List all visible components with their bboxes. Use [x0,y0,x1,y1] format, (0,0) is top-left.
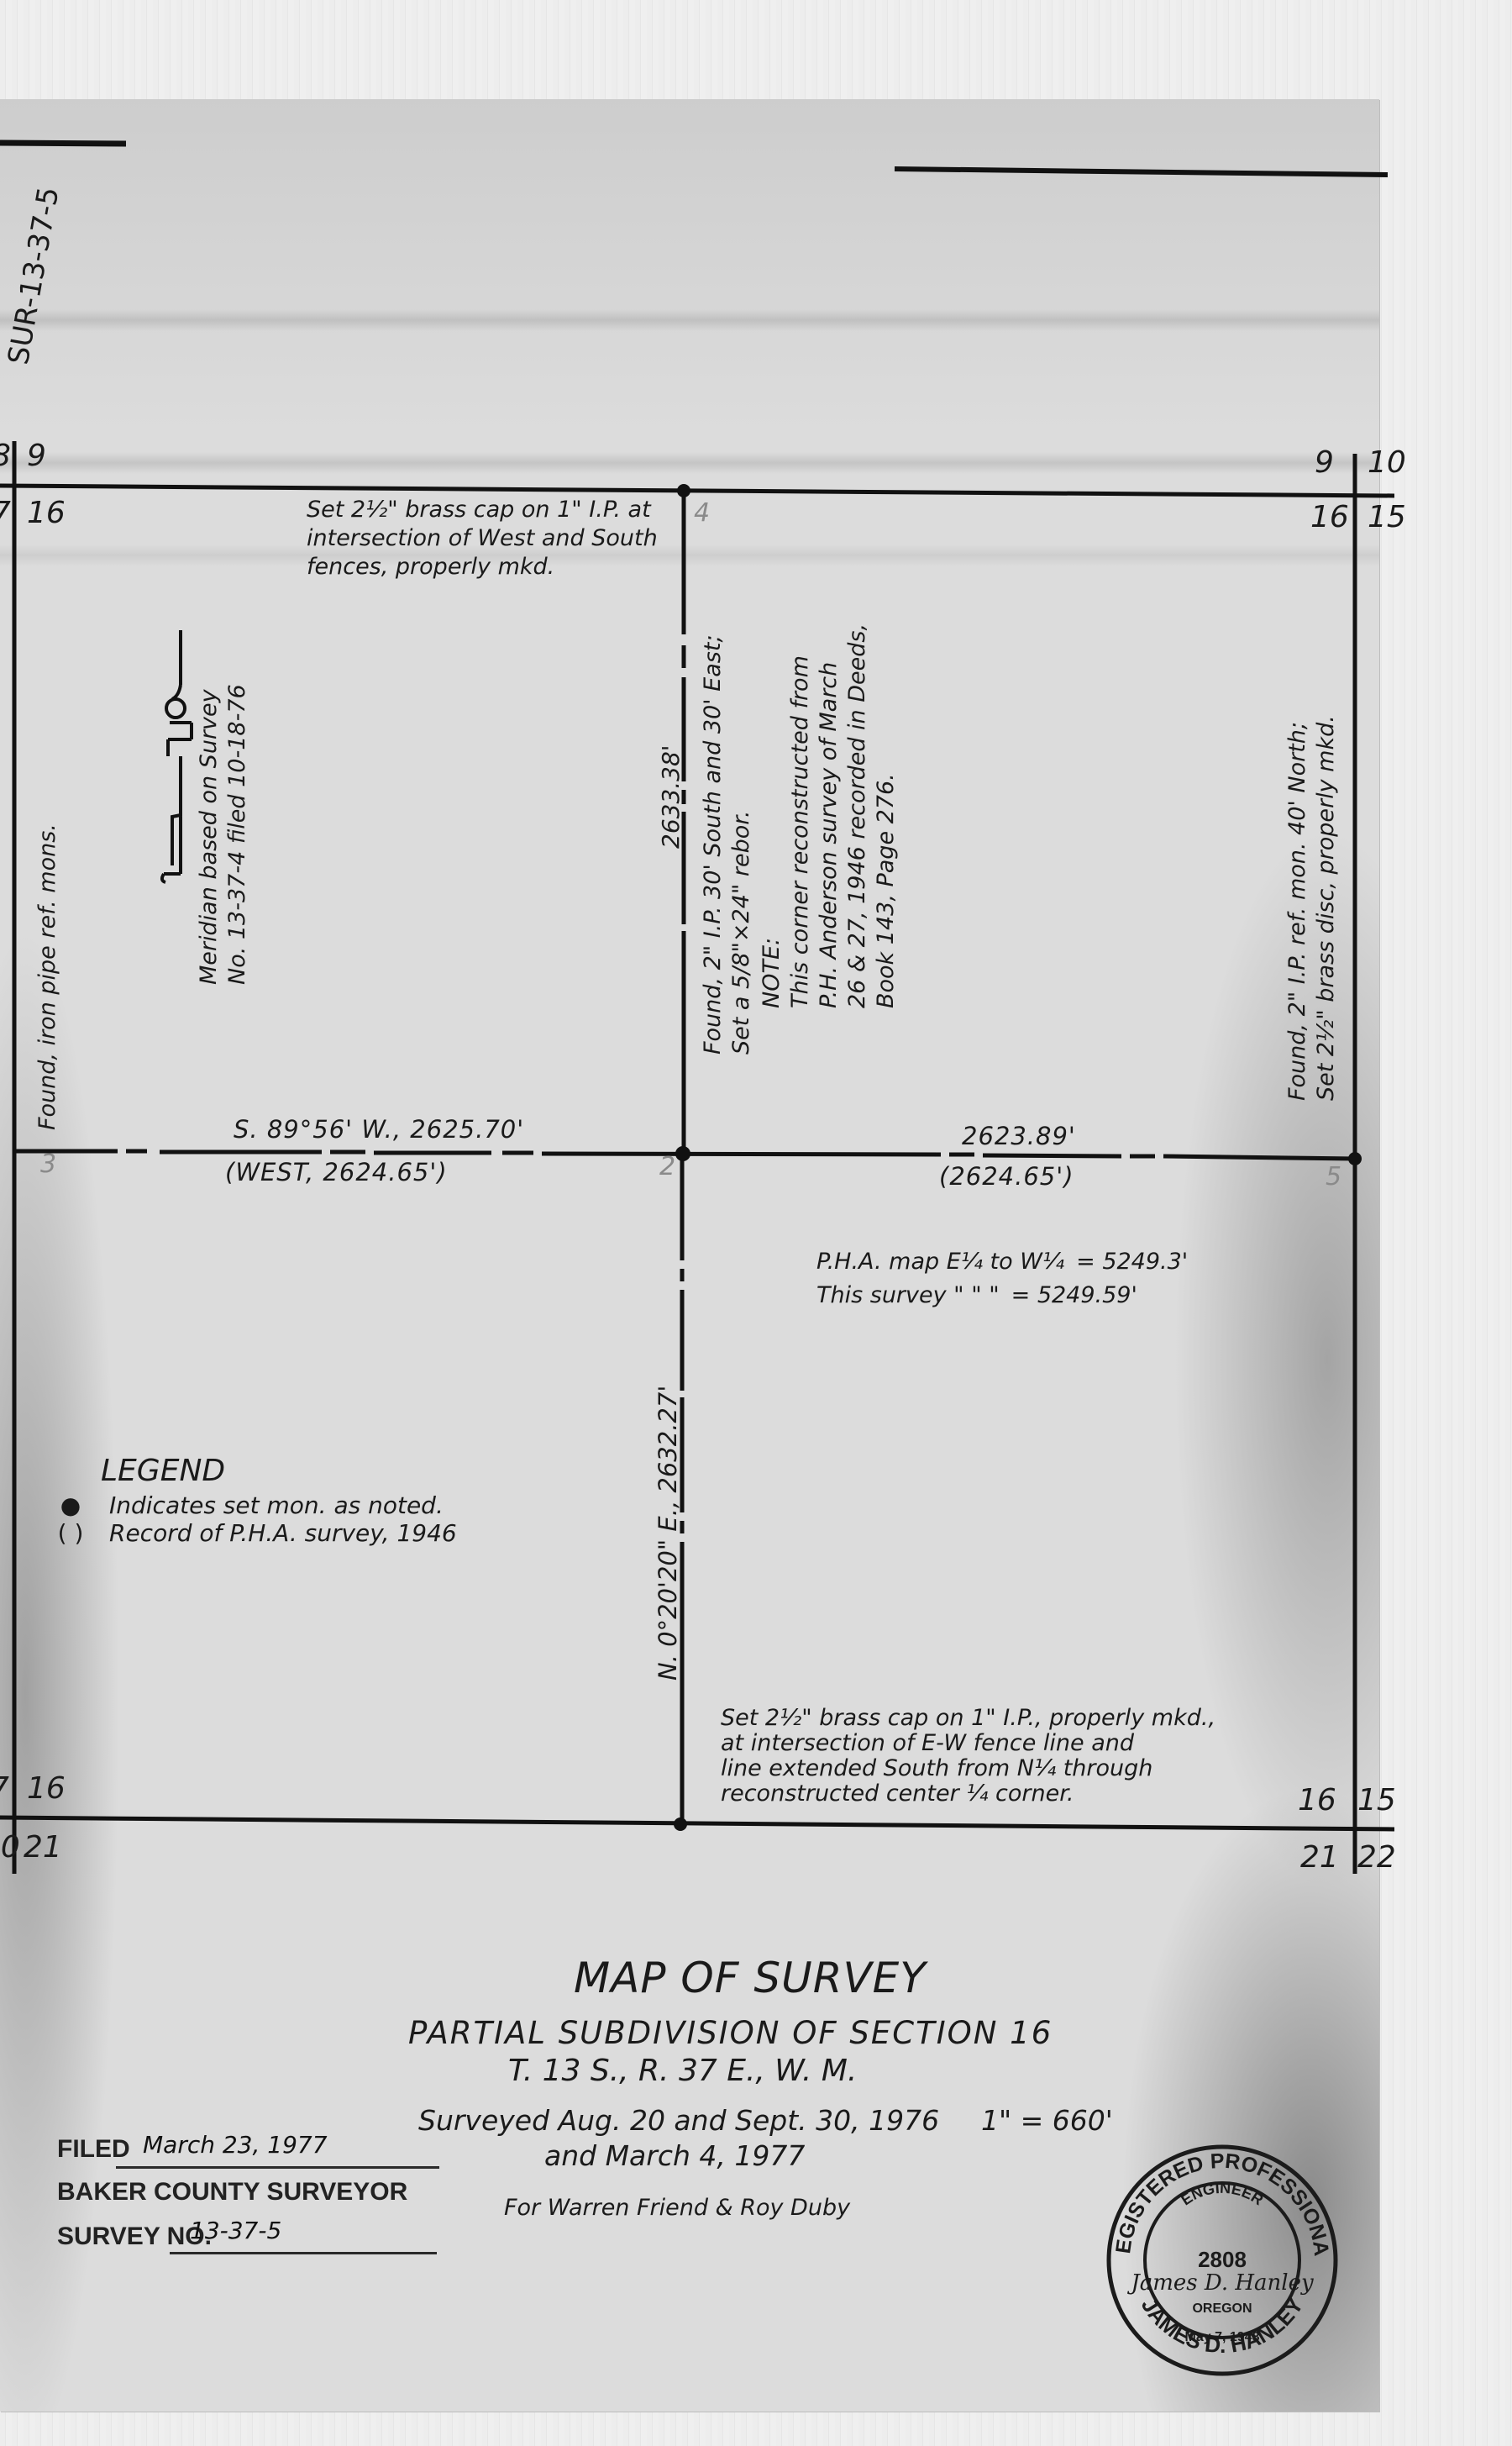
border-stroke [0,143,126,144]
township-range: T. 13 S., R. 37 E., W. M. [508,2054,857,2088]
corner-num-20: 20 [0,1830,20,1865]
underline [116,2166,439,2169]
north-section-line [0,486,1394,496]
map-title: MAP OF SURVEY [574,1954,927,2002]
note-north-quarter-corner: Set 2½" brass cap on 1" I.P. at intersec… [307,496,658,581]
filing-stamp: FILED March 23, 1977 BAKER COUNTY SURVEY… [57,2134,407,2265]
south-section-line [0,1817,1394,1829]
pencil-mark-north: 4 [694,498,710,528]
survey-no-value: 13-37-5 [190,2217,281,2244]
note-line: reconstructed center ¼ corner. [721,1781,1215,1807]
note-line: 26 & 27, 1946 recorded in Deeds, [843,623,872,1008]
note-line: Found, 2" I.P. ref. mon. 40' North; [1284,715,1312,1101]
note-line: Set 2½" brass disc, properly mkd. [1312,715,1341,1101]
note-center-found: Found, 2" I.P. 30' South and 30' East; S… [699,634,756,1055]
corner-num-8: 8 [0,439,11,473]
note-line: Set a 5/8"×24" rebor. [727,634,756,1055]
legend-item: ● Indicates set mon. as noted. [50,1491,457,1519]
filed-label: FILED [57,2135,130,2163]
pha-row: This survey " " " = 5249.59' [816,1279,1188,1312]
corner-num-16: 16 [27,496,66,530]
pencil-mark-east: 5 [1326,1162,1341,1191]
corner-num-10: 10 [1368,445,1406,480]
survey-dates-line: and March 4, 1977 [418,2138,939,2174]
pha-label: This survey " " " [816,1279,1000,1312]
legend-text: Indicates set mon. as noted. [109,1491,444,1519]
note-line: Found, iron pipe ref. mons. [34,823,62,1130]
north-arrow-icon [162,630,192,882]
legend-title: LEGEND [101,1454,457,1488]
note-line: fences, properly mkd. [307,553,658,581]
survey-no-label: SURVEY NO. [57,2222,212,2250]
svg-text:James D. Hanley: James D. Hanley [1126,2270,1314,2296]
corner-num-16-right: 16 [1310,500,1349,534]
survey-no-row: SURVEY NO. 13-37-5 [57,2222,407,2265]
pencil-mark-west: 3 [40,1149,56,1179]
pha-value: = 5249.3' [1076,1245,1188,1279]
corner-num-9-right: 9 [1315,445,1334,480]
corner-num-21-br: 21 [1300,1840,1339,1875]
legend-text: Record of P.H.A. survey, 1946 [109,1519,457,1547]
monument-center [675,1146,690,1161]
map-client: For Warren Friend & Roy Duby [504,2195,850,2221]
corner-num-16-br: 16 [1298,1783,1336,1817]
note-line: Found, 2" I.P. 30' South and 30' East; [699,634,727,1055]
note-east-line: Found, 2" I.P. ref. mon. 40' North; Set … [1284,715,1341,1101]
map-scale: 1" = 660' [981,2103,1113,2138]
filed-date: March 23, 1977 [143,2131,328,2159]
distance-east-half: 2623.89' [962,1122,1076,1150]
svg-text:OREGON: OREGON [1192,2301,1252,2316]
note-south-quarter-corner: Set 2½" brass cap on 1" I.P., properly m… [721,1706,1215,1807]
note-center-reconstruction: NOTE: This corner reconstructed from P.H… [758,623,900,1008]
monument-east-quarter [1348,1152,1362,1165]
note-line: intersection of West and South [307,524,658,553]
bearing-south-half: N. 0°20'20" E., 2632.27' [654,1386,682,1681]
survey-dates-line: Surveyed Aug. 20 and Sept. 30, 1976 [418,2103,939,2138]
corner-num-21: 21 [24,1830,62,1865]
svg-text:2808: 2808 [1198,2247,1247,2272]
map-subtitle: PARTIAL SUBDIVISION OF SECTION 16 [408,2015,1053,2051]
note-line: Meridian based on Survey [195,684,223,985]
svg-text:May 7, 1948: May 7, 1948 [1185,2330,1260,2344]
border-stroke [895,169,1388,175]
legend-item: ( ) Record of P.H.A. survey, 1946 [50,1519,457,1547]
corner-num-15: 15 [1368,500,1406,534]
legend: LEGEND ● Indicates set mon. as noted. ( … [50,1454,457,1547]
svg-text:ENGINEER: ENGINEER [1178,2180,1266,2209]
note-meridian: Meridian based on Survey No. 13-37-4 fil… [195,684,252,985]
record-parentheses-icon: ( ) [50,1519,91,1547]
bearing-west-half-record: (WEST, 2624.65') [225,1158,448,1186]
monument-south-quarter [674,1817,687,1831]
note-line: P.H. Anderson survey of March [815,623,843,1008]
corner-num-7-bottom: 7 [0,1771,9,1806]
pencil-mark-center: 2 [659,1152,675,1181]
pha-comparison: P.H.A. map E¼ to W¼ = 5249.3' This surve… [816,1245,1188,1312]
office-row: BAKER COUNTY SURVEYOR [57,2178,407,2222]
note-line: NOTE: [758,623,786,1008]
corner-num-22: 22 [1357,1840,1396,1875]
note-line: at intersection of E-W fence line and [721,1731,1215,1756]
corner-num-15-br: 15 [1357,1783,1396,1817]
set-monument-dot-icon: ● [50,1491,91,1519]
survey-dates: Surveyed Aug. 20 and Sept. 30, 1976 and … [418,2103,939,2174]
note-line: Book 143, Page 276. [872,623,900,1008]
distance-east-half-record: (2624.65') [939,1162,1074,1191]
note-line: This corner reconstructed from [786,623,815,1008]
engineer-seal-icon: REGISTERED PROFESSIONAL JAMES D. HANLEY … [1096,2134,1348,2386]
distance-north-half: 2633.38' [657,745,685,849]
note-west-line: Found, iron pipe ref. mons. [34,823,62,1130]
pha-value: = 5249.59' [1011,1279,1137,1312]
note-line: Set 2½" brass cap on 1" I.P. at [307,496,658,524]
monument-north-quarter [677,484,690,497]
bearing-west-half: S. 89°56' W., 2625.70' [234,1115,524,1144]
pha-label: P.H.A. map E¼ to W¼ [816,1245,1064,1279]
filed-row: FILED March 23, 1977 [57,2134,407,2178]
note-line: Set 2½" brass cap on 1" I.P., properly m… [721,1706,1215,1731]
underline [170,2252,437,2254]
pha-row: P.H.A. map E¼ to W¼ = 5249.3' [816,1245,1188,1279]
corner-num-7: 7 [0,496,11,530]
note-line: No. 13-37-4 filed 10-18-76 [223,684,252,985]
corner-num-9: 9 [27,439,46,473]
corner-num-16-bottom: 16 [27,1771,66,1806]
note-line: line extended South from N¼ through [721,1756,1215,1781]
